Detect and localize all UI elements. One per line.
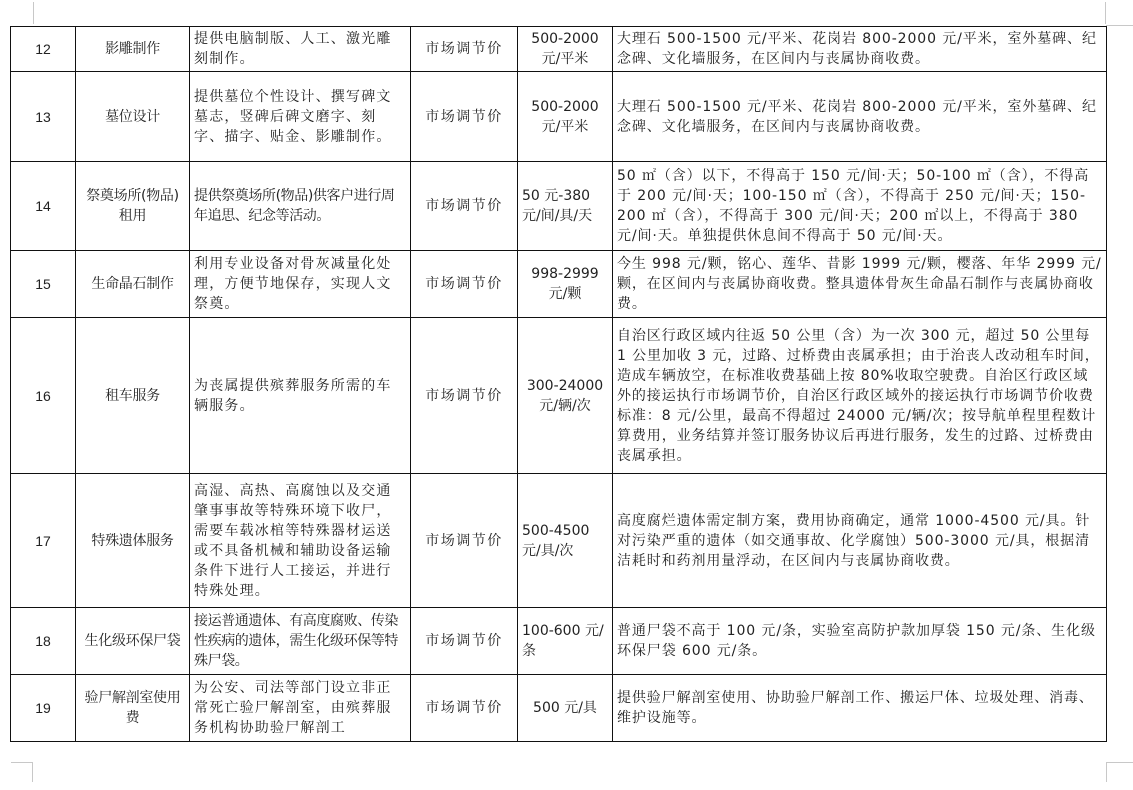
table-row: 15 生命晶石制作 利用专业设备对骨灰减量化处理，方便节地保存，实现人文祭奠。 … — [11, 251, 1107, 318]
row-number: 13 — [11, 72, 76, 162]
price-note: 大理石 500-1500 元/平米、花岗岩 800-2000 元/平米，室外墓碑… — [613, 72, 1107, 162]
service-name: 影雕制作 — [76, 27, 190, 72]
service-name: 租车服务 — [76, 318, 190, 474]
row-number: 19 — [11, 675, 76, 742]
service-content: 接运普通遗体、有高度腐败、传染性疾病的遗体，需生化级环保等特殊尸袋。 — [190, 608, 411, 675]
price-range: 500-2000 元/平米 — [518, 27, 613, 72]
crop-mark-top-right-v — [1105, 2, 1106, 24]
price-range: 500-4500 元/具/次 — [518, 474, 613, 608]
price-range: 50 元-380 元/间/具/天 — [518, 162, 613, 251]
service-name: 生命晶石制作 — [76, 251, 190, 318]
table-row: 13 墓位设计 提供墓位个性设计、撰写碑文墓志，竖碑后碑文磨字、刻字、描字、贴金… — [11, 72, 1107, 162]
service-content: 为丧属提供殡葬服务所需的车辆服务。 — [190, 318, 411, 474]
service-content: 提供电脑制版、人工、激光雕刻制作。 — [190, 27, 411, 72]
price-note: 50 ㎡（含）以下，不得高于 150 元/间·天；50-100 ㎡（含），不得高… — [613, 162, 1107, 251]
price-range: 500 元/具 — [518, 675, 613, 742]
crop-mark-bottom-right-v — [1106, 762, 1107, 782]
table-row: 19 验尸解剖室使用费 为公安、司法等部门设立非正常死亡验尸解剖室，由殡葬服务机… — [11, 675, 1107, 742]
pricing-type: 市场调节价 — [411, 675, 518, 742]
service-name: 生化级环保尸袋 — [76, 608, 190, 675]
service-content: 为公安、司法等部门设立非正常死亡验尸解剖室，由殡葬服务机构协助验尸解剖工 — [190, 675, 411, 742]
price-range: 500-2000 元/平米 — [518, 72, 613, 162]
price-range: 100-600 元/条 — [518, 608, 613, 675]
pricing-type: 市场调节价 — [411, 72, 518, 162]
crop-mark-top-left-v — [33, 2, 34, 24]
service-content: 提供墓位个性设计、撰写碑文墓志，竖碑后碑文磨字、刻字、描字、贴金、影雕制作。 — [190, 72, 411, 162]
pricing-type: 市场调节价 — [411, 608, 518, 675]
table-row: 14 祭奠场所(物品)租用 提供祭奠场所(物品)供客户进行周年追思、纪念等活动。… — [11, 162, 1107, 251]
service-content: 利用专业设备对骨灰减量化处理，方便节地保存，实现人文祭奠。 — [190, 251, 411, 318]
table-row: 12 影雕制作 提供电脑制版、人工、激光雕刻制作。 市场调节价 500-2000… — [11, 27, 1107, 72]
service-content: 提供祭奠场所(物品)供客户进行周年追思、纪念等活动。 — [190, 162, 411, 251]
crop-mark-bottom-left-v — [32, 762, 33, 782]
price-note: 大理石 500-1500 元/平米、花岗岩 800-2000 元/平米，室外墓碑… — [613, 27, 1107, 72]
service-name: 墓位设计 — [76, 72, 190, 162]
pricing-type: 市场调节价 — [411, 27, 518, 72]
table-row: 16 租车服务 为丧属提供殡葬服务所需的车辆服务。 市场调节价 300-2400… — [11, 318, 1107, 474]
crop-mark-top-right-h — [1106, 25, 1133, 26]
price-note: 提供验尸解剖室使用、协助验尸解剖工作、搬运尸体、垃圾处理、消毒、维护设施等。 — [613, 675, 1107, 742]
price-note: 今生 998 元/颗，铭心、莲华、昔影 1999 元/颗，樱落、年华 2999 … — [613, 251, 1107, 318]
service-name: 验尸解剖室使用费 — [76, 675, 190, 742]
table-row: 17 特殊遗体服务 高湿、高热、高腐蚀以及交通肇事事故等特殊环境下收尸，需要车载… — [11, 474, 1107, 608]
price-range: 300-24000 元/辆/次 — [518, 318, 613, 474]
service-content: 高湿、高热、高腐蚀以及交通肇事事故等特殊环境下收尸，需要车载冰棺等特殊器材运送或… — [190, 474, 411, 608]
crop-mark-bottom-right-h — [1106, 762, 1133, 763]
row-number: 15 — [11, 251, 76, 318]
pricing-type: 市场调节价 — [411, 251, 518, 318]
row-number: 14 — [11, 162, 76, 251]
pricing-type: 市场调节价 — [411, 318, 518, 474]
price-note: 高度腐烂遗体需定制方案，费用协商确定，通常 1000-4500 元/具。针对污染… — [613, 474, 1107, 608]
service-name: 特殊遗体服务 — [76, 474, 190, 608]
price-note: 自治区行政区域内往返 50 公里（含）为一次 300 元，超过 50 公里每 1… — [613, 318, 1107, 474]
price-range: 998-2999 元/颗 — [518, 251, 613, 318]
crop-mark-bottom-left-h — [11, 762, 33, 763]
row-number: 17 — [11, 474, 76, 608]
pricing-type: 市场调节价 — [411, 162, 518, 251]
service-name: 祭奠场所(物品)租用 — [76, 162, 190, 251]
row-number: 18 — [11, 608, 76, 675]
pricing-type: 市场调节价 — [411, 474, 518, 608]
row-number: 12 — [11, 27, 76, 72]
row-number: 16 — [11, 318, 76, 474]
table-row: 18 生化级环保尸袋 接运普通遗体、有高度腐败、传染性疾病的遗体，需生化级环保等… — [11, 608, 1107, 675]
fee-schedule-table: 12 影雕制作 提供电脑制版、人工、激光雕刻制作。 市场调节价 500-2000… — [10, 26, 1107, 742]
price-note: 普通尸袋不高于 100 元/条，实验室高防护款加厚袋 150 元/条、生化级环保… — [613, 608, 1107, 675]
